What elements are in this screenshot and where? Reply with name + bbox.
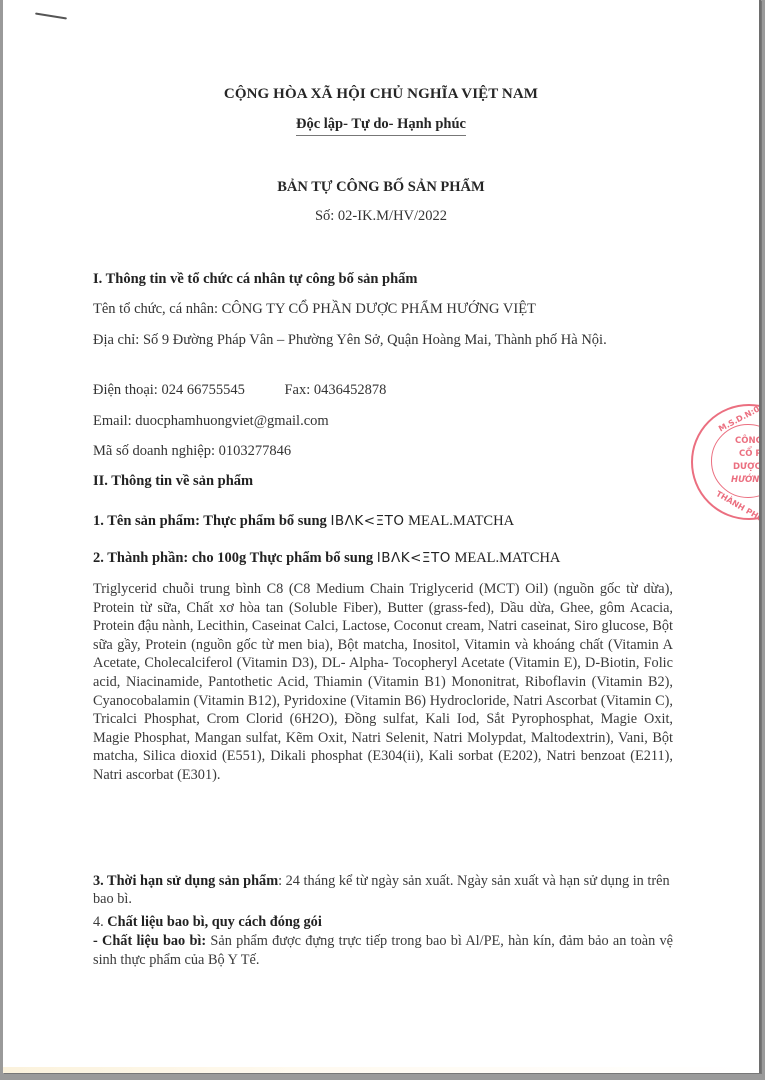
taxid-label: Mã số doanh nghiệp: — [93, 443, 215, 459]
document-number: Số: 02-IK.M/HV/2022 — [3, 208, 759, 225]
phone-row: Điện thoại: 024 66755545 Fax: 0436452878 — [93, 382, 673, 399]
product-name-row: 1. Tên sản phẩm: Thực phẩm bổ sung IBΛK<… — [93, 513, 673, 530]
address-row: Địa chỉ: Số 9 Đường Pháp Vân – Phường Yê… — [93, 331, 663, 349]
email-label: Email: — [93, 413, 132, 429]
company-seal-stamp: M.S.D.N:010327 THÀNH PHỐ CÔNG CỔ PH DƯỢC… — [691, 404, 761, 520]
org-value: CÔNG TY CỔ PHẦN DƯỢC PHẨM HƯỚNG VIỆT — [222, 301, 536, 317]
section2-heading: II. Thông tin về sản phẩm — [93, 473, 673, 490]
pen-mark — [35, 13, 67, 20]
seal-line-4: HƯỚNG — [731, 475, 761, 485]
shelf-life-row: 3. Thời hạn sử dụng sản phẩm: 24 tháng k… — [93, 872, 673, 908]
address-value: Số 9 Đường Pháp Vân – Phường Yên Sở, Quậ… — [143, 332, 607, 348]
brand-logo-text: IBΛK<ΞTO — [377, 550, 451, 566]
document-title: BẢN TỰ CÔNG BỐ SẢN PHẨM — [3, 179, 759, 196]
motto-text: Độc lập- Tự do- Hạnh phúc — [296, 116, 466, 136]
shelf-life-label: 3. Thời hạn sử dụng sản phẩm — [93, 873, 278, 889]
document-page: CỘNG HÒA XÃ HỘI CHỦ NGHĨA VIỆT NAM Độc l… — [3, 0, 761, 1073]
packaging-material-label: - Chất liệu bao bì: — [93, 933, 206, 949]
seal-line-2: CỔ PH — [739, 449, 761, 459]
nation-header: CỘNG HÒA XÃ HỘI CHỦ NGHĨA VIỆT NAM — [3, 86, 759, 103]
taxid-value: 0103277846 — [219, 443, 292, 459]
ingredients-label: 2. Thành phần: cho 100g Thực phẩm bổ sun… — [93, 550, 377, 566]
email-row: Email: duocphamhuongviet@gmail.com — [93, 413, 673, 430]
phone-value: 024 66755545 — [161, 382, 244, 398]
seal-line-1: CÔNG — [735, 436, 761, 446]
national-motto: Độc lập- Tự do- Hạnh phúc — [3, 116, 759, 133]
fax-label: Fax: — [284, 382, 310, 398]
seal-line-3: DƯỢC P — [733, 462, 761, 472]
taxid-row: Mã số doanh nghiệp: 0103277846 — [93, 443, 673, 460]
packaging-heading: Chất liệu bao bì, quy cách đóng gói — [107, 914, 322, 930]
packaging-material-row: - Chất liệu bao bì: Sản phẩm được đựng t… — [93, 932, 673, 969]
org-row: Tên tổ chức, cá nhân: CÔNG TY CỔ PHẦN DƯ… — [93, 301, 673, 318]
ingredients-heading-row: 2. Thành phần: cho 100g Thực phẩm bổ sun… — [93, 550, 673, 567]
packaging-heading-row: 4. Chất liệu bao bì, quy cách đóng gói — [93, 913, 673, 931]
brand-logo-text: IBΛK<ΞTO — [330, 513, 404, 529]
fax-value: 0436452878 — [314, 382, 387, 398]
product-suffix: MEAL.MATCHA — [404, 513, 514, 529]
product-name-label: 1. Tên sản phẩm — [93, 513, 195, 529]
section1-heading: I. Thông tin về tổ chức cá nhân tự công … — [93, 271, 673, 288]
product-suffix: MEAL.MATCHA — [451, 550, 561, 566]
ingredients-paragraph: Triglycerid chuỗi trung bình C8 (C8 Medi… — [93, 580, 673, 785]
product-name-prefix: : Thực phẩm bổ sung — [195, 513, 330, 529]
packaging-num: 4. — [93, 914, 107, 930]
phone-label: Điện thoại: — [93, 382, 158, 398]
address-label: Địa chỉ: — [93, 332, 139, 348]
email-value: duocphamhuongviet@gmail.com — [135, 413, 328, 429]
org-label: Tên tổ chức, cá nhân: — [93, 301, 218, 317]
